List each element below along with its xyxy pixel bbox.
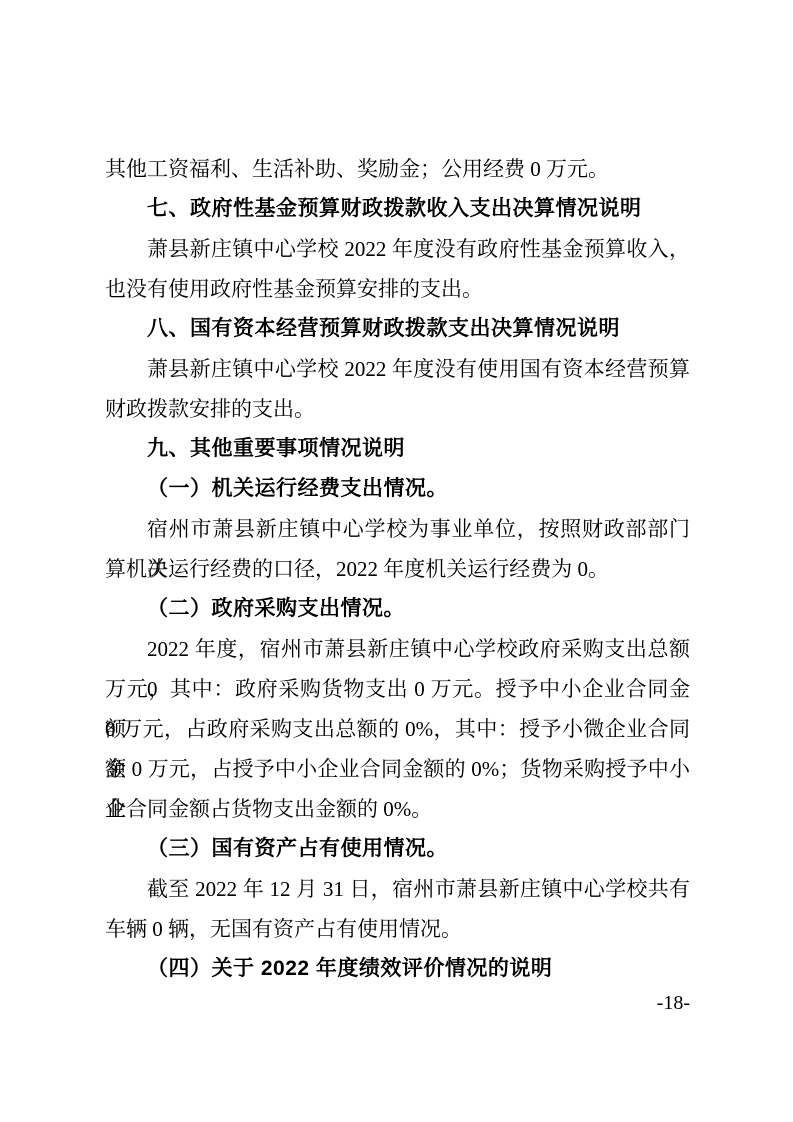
section-heading-line: （四）关于 2022 年度绩效评价情况的说明 bbox=[105, 949, 690, 989]
body-text-line: 其他工资福利、生活补助、奖励金；公用经费 0 万元。 bbox=[105, 149, 690, 189]
body-text-line: 萧县新庄镇中心学校 2022 年度没有政府性基金预算收入， bbox=[105, 229, 690, 269]
page-number: -18- bbox=[657, 991, 690, 1015]
section-heading-line: 八、国有资本经营预算财政拨款支出决算情况说明 bbox=[105, 309, 690, 349]
body-text-line: 算机关运行经费的口径，2022 年度机关运行经费为 0。 bbox=[105, 549, 690, 589]
body-text-line: 宿州市萧县新庄镇中心学校为事业单位，按照财政部部门决 bbox=[105, 509, 690, 549]
section-heading-line: 九、其他重要事项情况说明 bbox=[105, 429, 690, 469]
body-text-line: 0 万元，占政府采购支出总额的 0%，其中：授予小微企业合同金 bbox=[105, 709, 690, 749]
section-heading-line: （二）政府采购支出情况。 bbox=[105, 589, 690, 629]
body-text-line: 截至 2022 年 12 月 31 日，宿州市萧县新庄镇中心学校共有 bbox=[105, 869, 690, 909]
body-text-line: 额 0 万元，占授予中小企业合同金额的 0%；货物采购授予中小企 bbox=[105, 749, 690, 789]
body-text-line: 2022 年度，宿州市萧县新庄镇中心学校政府采购支出总额 0 bbox=[105, 629, 690, 669]
body-text-line: 万元，其中：政府采购货物支出 0 万元。授予中小企业合同金额 bbox=[105, 669, 690, 709]
body-text-line: 车辆 0 辆，无国有资产占有使用情况。 bbox=[105, 909, 690, 949]
body-text-line: 也没有使用政府性基金预算安排的支出。 bbox=[105, 269, 690, 309]
body-text-line: 财政拨款安排的支出。 bbox=[105, 389, 690, 429]
body-text-line: 萧县新庄镇中心学校 2022 年度没有使用国有资本经营预算 bbox=[105, 349, 690, 389]
section-heading-line: 七、政府性基金预算财政拨款收入支出决算情况说明 bbox=[105, 189, 690, 229]
body-text-line: 业合同金额占货物支出金额的 0%。 bbox=[105, 789, 690, 829]
section-heading-line: （三）国有资产占有使用情况。 bbox=[105, 829, 690, 869]
document-body: 其他工资福利、生活补助、奖励金；公用经费 0 万元。七、政府性基金预算财政拨款收… bbox=[105, 149, 690, 989]
section-heading-line: （一）机关运行经费支出情况。 bbox=[105, 469, 690, 509]
document-page: 其他工资福利、生活补助、奖励金；公用经费 0 万元。七、政府性基金预算财政拨款收… bbox=[0, 0, 793, 1122]
